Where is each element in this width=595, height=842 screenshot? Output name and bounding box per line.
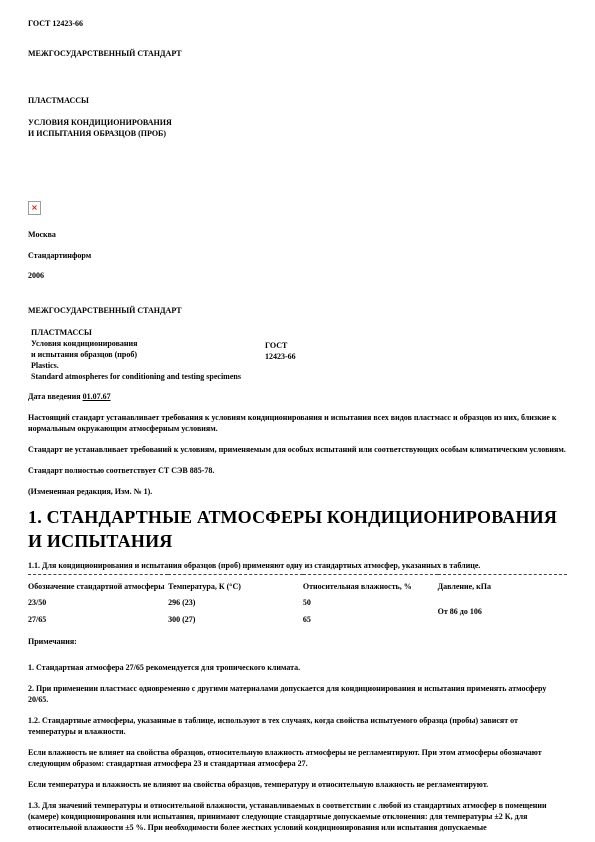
title-line-2: И ИСПЫТАНИЯ ОБРАЗЦОВ (ПРОБ) — [28, 128, 567, 139]
table-header-row: Обозначение стандартной атмосферы Темпер… — [28, 575, 567, 595]
title-en-line-1: Plastics. — [31, 360, 567, 371]
standard-type-heading-mid: МЕЖГОСУДАРСТВЕННЫЙ СТАНДАРТ — [28, 305, 567, 316]
clause-1-2: 1.2. Стандартные атмосферы, указанные в … — [28, 715, 567, 737]
clause-1-2-paragraph-2: Если влажность не влияет на свойства обр… — [28, 747, 567, 769]
table-row: 23/50 296 (23) 50 От 86 до 106 — [28, 594, 567, 611]
clause-1-1: 1.1. Для кондиционирования и испытания о… — [28, 560, 567, 571]
doc-number-top: ГОСТ 12423-66 — [28, 18, 567, 29]
intro-paragraph-3: Стандарт полностью соответствует СТ СЭВ … — [28, 465, 567, 476]
section-1-heading: 1. СТАНДАРТНЫЕ АТМОСФЕРЫ КОНДИЦИОНИРОВАН… — [28, 505, 567, 553]
doc-code-line-2: 12423-66 — [265, 351, 296, 362]
subject-heading-top: ПЛАСТМАССЫ — [28, 95, 567, 106]
standard-type-heading-top: МЕЖГОСУДАРСТВЕННЫЙ СТАНДАРТ — [28, 48, 567, 59]
col-header-designation: Обозначение стандартной атмосферы — [28, 575, 168, 595]
doc-code-block: ГОСТ 12423-66 — [265, 340, 296, 362]
title-block: УСЛОВИЯ КОНДИЦИОНИРОВАНИЯ И ИСПЫТАНИЯ ОБ… — [28, 117, 567, 139]
cell-humidity: 50 — [303, 594, 438, 611]
cell-pressure-range: От 86 до 106 — [438, 594, 567, 628]
clause-1-3: 1.3. Для значений температуры и относите… — [28, 800, 567, 833]
col-header-humidity: Относительная влажность, % — [303, 575, 438, 595]
note-1: 1. Стандартная атмосфера 27/65 рекоменду… — [28, 662, 567, 673]
cell-temperature: 300 (27) — [168, 611, 303, 628]
broken-image-icon: × — [28, 201, 41, 215]
col-header-temperature: Температура, К (°С) — [168, 575, 303, 595]
effective-date-link[interactable]: 01.07.67 — [83, 392, 111, 401]
subject-heading-mid: ПЛАСТМАССЫ — [31, 327, 567, 338]
publisher-name: Стандартинформ — [28, 250, 567, 261]
effective-date-label: Дата введения — [28, 392, 83, 401]
clause-1-2-paragraph-3: Если температура и влажность не влияют н… — [28, 779, 567, 790]
publisher-year: 2006 — [28, 270, 567, 281]
cell-designation: 27/65 — [28, 611, 168, 628]
broken-image-wrap: × — [28, 201, 567, 217]
cell-designation: 23/50 — [28, 594, 168, 611]
intro-paragraph-2: Стандарт не устанавливает требований к у… — [28, 444, 567, 455]
note-2: 2. При применении пластмасс одновременно… — [28, 683, 567, 705]
publisher-city: Москва — [28, 229, 567, 240]
intro-paragraph-1: Настоящий стандарт устанавливает требова… — [28, 412, 567, 434]
standard-title-block: ПЛАСТМАССЫ Условия кондиционирования и и… — [28, 327, 567, 383]
title-ru-line-2: и испытания образцов (проб) — [31, 349, 567, 360]
document-page: ГОСТ 12423-66 МЕЖГОСУДАРСТВЕННЫЙ СТАНДАР… — [0, 0, 595, 842]
notes-label: Примечания: — [28, 636, 567, 647]
cell-temperature: 296 (23) — [168, 594, 303, 611]
effective-date-line: Дата введения 01.07.67 — [28, 391, 567, 402]
cell-humidity: 65 — [303, 611, 438, 628]
title-ru-line-1: Условия кондиционирования — [31, 338, 567, 349]
standard-atmospheres-table: Обозначение стандартной атмосферы Темпер… — [28, 574, 567, 628]
title-en-line-2: Standard atmospheres for conditioning an… — [31, 371, 567, 382]
intro-paragraph-4: (Измененная редакция, Изм. № 1). — [28, 486, 567, 497]
doc-code-line-1: ГОСТ — [265, 340, 296, 351]
col-header-pressure: Давление, кПа — [438, 575, 567, 595]
title-line-1: УСЛОВИЯ КОНДИЦИОНИРОВАНИЯ — [28, 117, 567, 128]
broken-image-x-glyph: × — [31, 204, 38, 212]
